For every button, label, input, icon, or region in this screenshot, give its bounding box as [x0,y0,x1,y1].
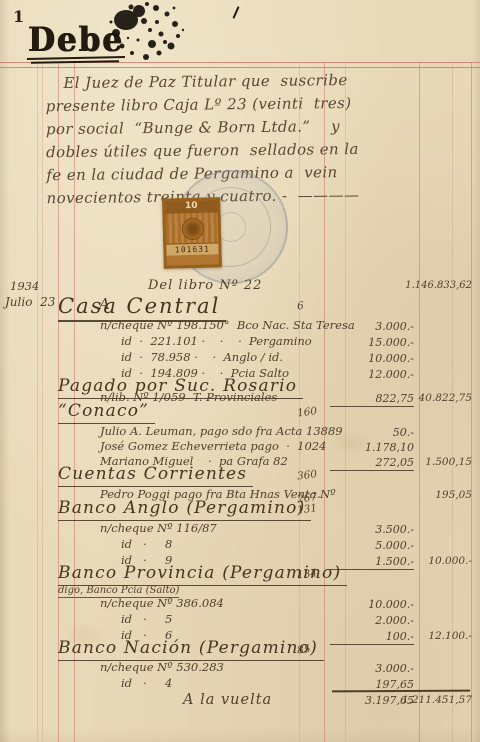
ink-blot [86,0,202,64]
amount-column-1: 3.500.- [330,523,414,536]
entry-description: n/cheque Nº 116/87 [100,521,217,535]
amount-column-1: 50.- [330,426,414,439]
ledger-row-heading: “Conaco”160 [0,401,480,421]
ledger-row-heading: Casa Central6 [0,294,480,314]
entry-description: José Gomez Echeverrieta pago · 1024 [100,439,326,453]
entry-description: Julio A. Leuman, pago sdo fra Acta 13889 [100,424,343,438]
entry-description: n/cheque Nº 198.150° Bco Nac. Sta Teresa [100,318,355,332]
amount-column-2: 1.146.833,62 [322,280,472,291]
stamp-coat-of-arms [165,211,218,244]
entry-description: id · 221.101 · · · Pergamino [121,334,312,348]
folio-number: 360 [296,467,323,482]
amount-column-1: 3.000.- [330,662,414,675]
ledger-row-heading: Banco Anglo (Pergamino)131 [0,498,480,518]
page-number: 1 [13,7,24,26]
amount-column-1: 2.000.- [330,614,414,627]
ledger-row-heading: Banco Provincia (Pergamino)134 [0,563,480,583]
ledger-row-heading: Banco Nación (Pergamino)85 [0,638,480,658]
entry-description: n/cheque Nº 530.283 [100,660,224,674]
entry-description: id · 8 [121,537,172,551]
amount-column-2: 1.211.451,57 [322,694,472,706]
stamp-serial-number: 101631 [166,243,218,255]
amount-column-1: 15.000.- [330,336,414,349]
entry-description: id · 4 [121,676,172,690]
folio-number: 160 [296,404,323,419]
entry-description: id · 5 [121,612,172,626]
amount-column-1: 10.000.- [330,598,414,611]
ledger-page: 1 Debe El Juez de Paz Titular que suscri… [0,0,480,742]
folio-number: 6 [296,297,323,312]
amount-column-1: 10.000.- [330,352,414,365]
account-heading: “Conaco” [58,401,155,424]
ink-stroke-mark [232,6,239,19]
account-heading: Cuentas Corrientes [58,464,253,487]
entry-description: Del libro Nº 22 [148,278,262,293]
amount-column-1: 3.000.- [330,320,414,333]
amount-column-1: 5.000.- [330,539,414,552]
ledger-row-footer: A la vuelta3.197,651.211.451,57 [0,692,480,712]
entry-description: n/cheque Nº 386.084 [100,596,224,610]
ledger-row-heading: Cuentas Corrientes360 [0,464,480,484]
entry-description: id · 78.958 · · Anglo / id. [121,350,283,364]
entry-description: A la vuelta [183,692,272,708]
revenue-stamp: 10 101631 [162,197,222,268]
amount-column-1: 1.178,10 [330,441,414,454]
account-heading: Banco Anglo (Pergamino) [58,498,311,521]
account-heading: Banco Nación (Pergamino) [58,638,324,661]
folio-number: 131 [296,501,323,516]
